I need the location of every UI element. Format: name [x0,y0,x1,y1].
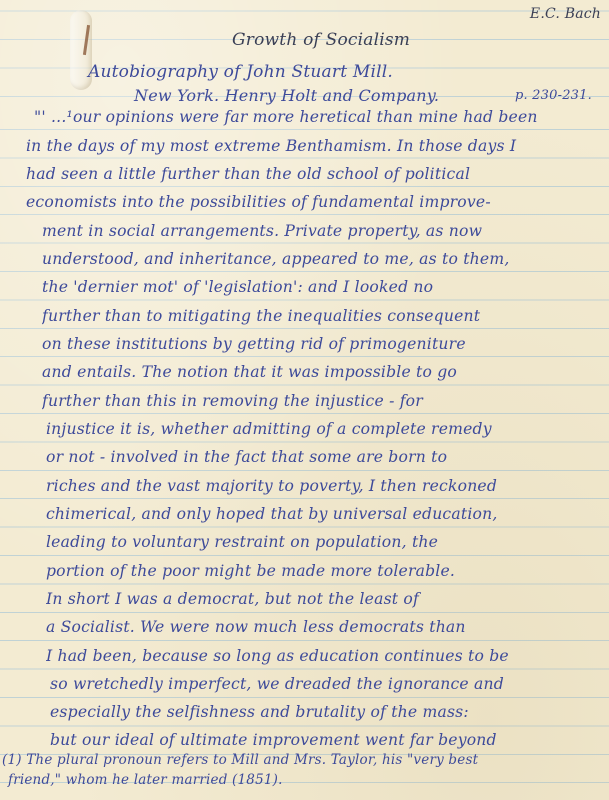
quote-line: understood, and inheritance, appeared to… [42,250,609,268]
quote-line: the 'dernier mot' of 'legislation': and … [42,278,609,296]
source-title: Autobiography of John Stuart Mill. [88,62,393,82]
quote-line: in the days of my most extreme Benthamis… [26,137,609,155]
quote-line: on these institutions by getting rid of … [42,335,609,353]
quote-line: and entails. The notion that it was impo… [42,363,609,381]
quote-line: or not - involved in the fact that some … [46,448,609,466]
quote-line: portion of the poor might be made more t… [46,562,609,580]
quote-line: injustice it is, whether admitting of a … [46,420,609,438]
quote-line: had seen a little further than the old s… [26,165,609,183]
footnote-line: friend," whom he later married (1851). [8,772,283,788]
quote-line: but our ideal of ultimate improvement we… [50,731,609,749]
source-pages: p. 230-231. [515,88,592,103]
quote-line: ment in social arrangements. Private pro… [42,222,609,240]
quote-line: so wretchedly imperfect, we dreaded the … [50,675,609,693]
source-publisher: New York. Henry Holt and Company. [134,86,439,105]
notebook-page: E.C. Bach Growth of Socialism Autobiogra… [0,0,609,800]
footnote-line: (1) The plural pronoun refers to Mill an… [2,752,478,768]
quote-line: chimerical, and only hoped that by unive… [46,505,609,523]
quote-line: "' ...¹our opinions were far more hereti… [34,108,609,126]
quote-line: especially the selfishness and brutality… [50,703,609,721]
quote-line: further than this in removing the injust… [42,392,609,410]
quote-line: riches and the vast majority to poverty,… [46,477,609,495]
quote-line: further than to mitigating the inequalit… [42,307,609,325]
quote-line: leading to voluntary restraint on popula… [46,533,609,551]
quote-line: In short I was a democrat, but not the l… [46,590,609,608]
quote-line: economists into the possibilities of fun… [26,193,609,211]
author-mark: E.C. Bach [530,6,601,22]
quote-line: I had been, because so long as education… [46,647,609,665]
quote-line: a Socialist. We were now much less democ… [46,618,609,636]
page-title: Growth of Socialism [232,30,410,50]
